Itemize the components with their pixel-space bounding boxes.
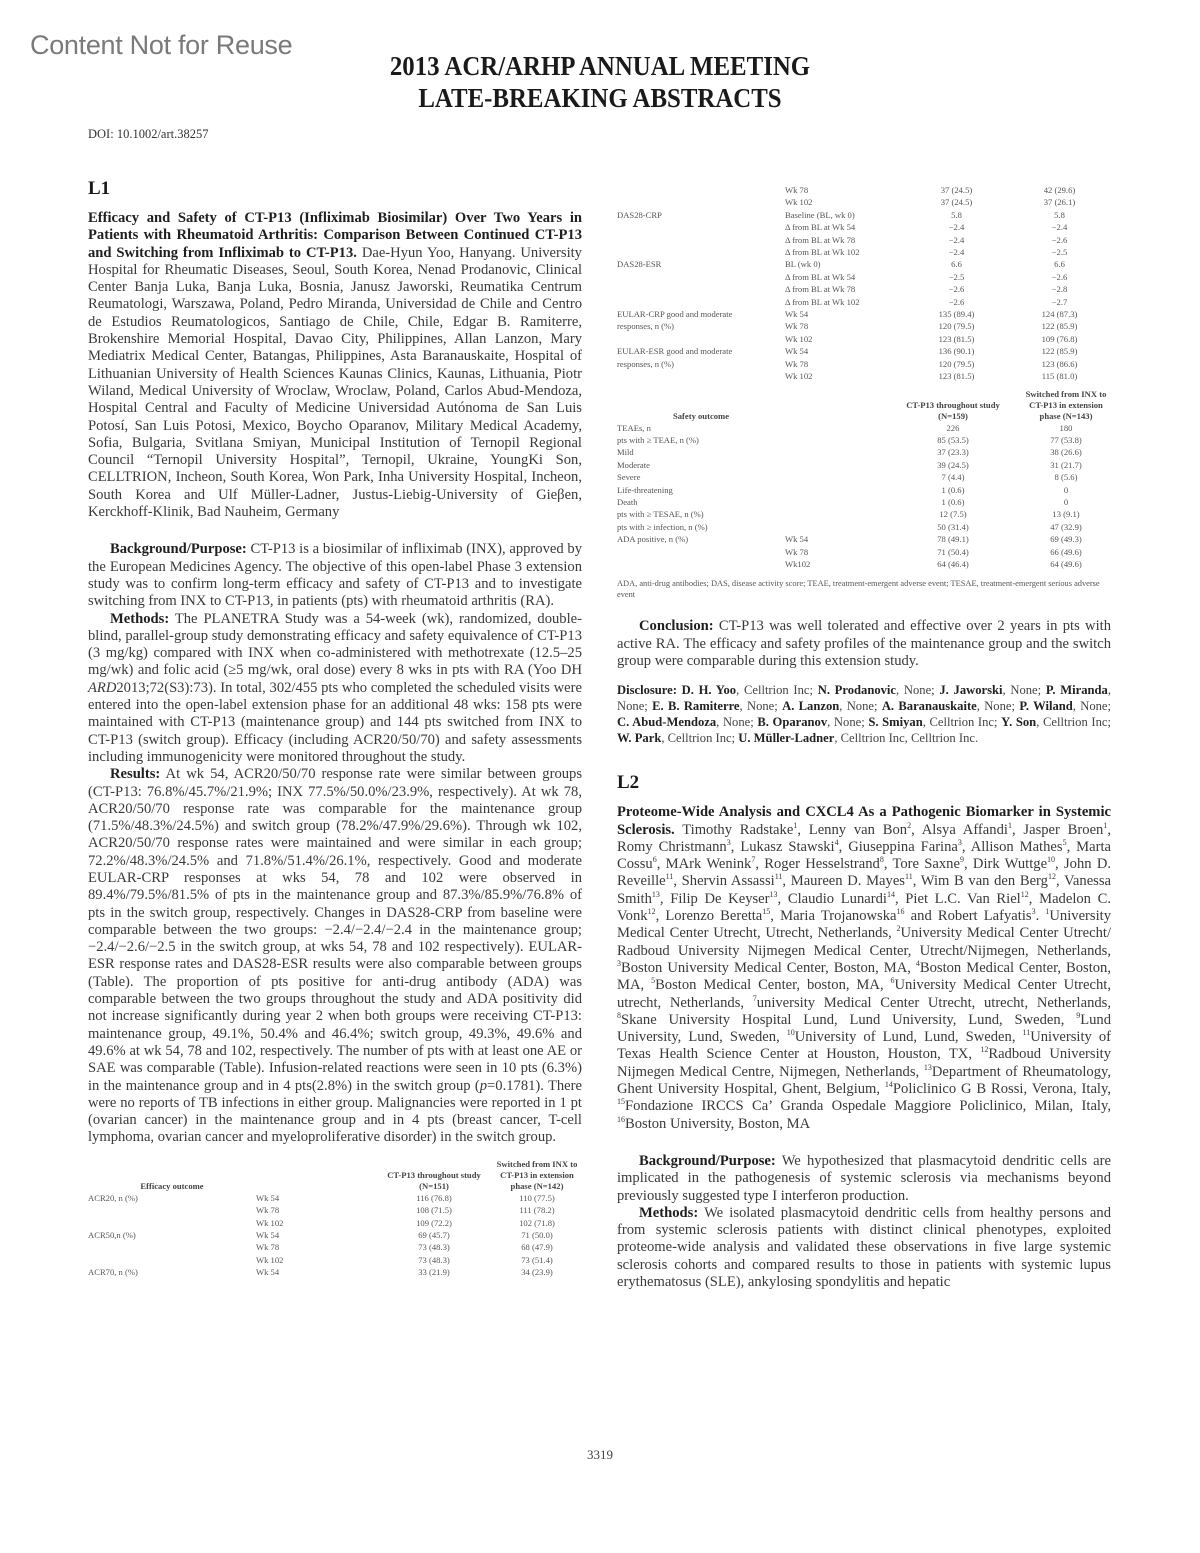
ctp13-cell: 7 (4.4) (885, 471, 1021, 483)
week-cell: Wk102 (785, 558, 885, 570)
author-name: Claudio Lunardi (788, 891, 887, 907)
author-name: Maureen D. Mayes (791, 873, 905, 889)
author-name: Filip De Keyser (670, 891, 769, 907)
table-row: Wk 102123 (81.5)109 (76.8) (617, 333, 1111, 345)
switched-cell: 0 (1021, 484, 1111, 496)
week-cell: Δ from BL at Wk 102 (785, 246, 905, 258)
l2-affiliations: 1University Medical Center Utrecht, Utre… (617, 908, 1111, 1132)
table-footnote: ADA, anti-drug antibodies; DAS, disease … (617, 578, 1111, 600)
author-name: Shervin Assassi (682, 873, 775, 889)
abstract-authors: Dae-Hyun Yoo, Hanyang. University Hospit… (88, 245, 582, 520)
ctp13-cell: 120 (79.5) (905, 358, 1008, 370)
week-cell: Baseline (BL, wk 0) (785, 209, 905, 221)
disclosure-paragraph: Disclosure: D. H. Yoo, Celltrion Inc; N.… (617, 682, 1111, 746)
ctp13-cell: 73 (48.3) (376, 1254, 492, 1266)
week-cell (785, 484, 885, 496)
masthead: 2013 ACR/ARHP ANNUAL MEETING LATE-BREAKI… (48, 50, 1152, 114)
efficacy-continued-body: Wk 7837 (24.5)42 (29.6)Wk 10237 (24.5)37… (617, 184, 1111, 383)
table-row: Moderate39 (24.5)31 (21.7) (617, 459, 1111, 471)
switched-cell: 38 (26.6) (1021, 446, 1111, 458)
author-affiliation-ref: 3 (1032, 907, 1036, 916)
switched-cell: 71 (50.0) (492, 1229, 582, 1241)
outcome-cell (88, 1254, 256, 1266)
disclosure-name: U. Müller-Ladner (738, 731, 834, 745)
author-name: Timothy Radstake (682, 822, 793, 838)
affiliation-text: University of Lund, Lund, Sweden (795, 1029, 1012, 1045)
right-column: Wk 7837 (24.5)42 (29.6)Wk 10237 (24.5)37… (617, 184, 1111, 1291)
disclosure-name: P. Miranda (1046, 683, 1108, 697)
ctp13-cell: 123 (81.5) (905, 333, 1008, 345)
journal-abbrev: ARD (88, 680, 116, 696)
week-cell: Δ from BL at Wk 78 (785, 283, 905, 295)
author-affiliation-ref: 12 (1021, 890, 1029, 899)
background-label: Background/Purpose: (110, 541, 247, 557)
masthead-line1: 2013 ACR/ARHP ANNUAL MEETING (48, 50, 1152, 82)
author-name: Giuseppina Farina (848, 839, 958, 855)
author-name: Robert Lafyatis (938, 908, 1032, 924)
conclusion-label: Conclusion: (639, 618, 714, 634)
author-affiliation-ref: 7 (751, 855, 755, 864)
ctp13-cell: 73 (48.3) (376, 1241, 492, 1253)
l2-background-label: Background/Purpose: (639, 1153, 776, 1169)
author-name: Roger Hesselstrand (764, 856, 880, 872)
author-name: Maria Trojanowska (780, 908, 896, 924)
disclosure-name: W. Park (617, 731, 661, 745)
week-cell: Wk 78 (785, 320, 905, 332)
author-name: Lenny van Bon (809, 822, 907, 838)
ctp13-cell: 116 (76.8) (376, 1192, 492, 1204)
safety-header-week (785, 389, 885, 422)
table-row: TEAEs, n226180 (617, 422, 1111, 434)
affiliation-number: 15 (617, 1097, 625, 1106)
switched-cell: 6.6 (1008, 258, 1111, 270)
outcome-cell: Severe (617, 471, 785, 483)
ctp13-cell: −2.4 (905, 234, 1008, 246)
week-cell: Δ from BL at Wk 54 (785, 271, 905, 283)
outcome-cell (617, 271, 785, 283)
author-affiliation-ref: 5 (1063, 838, 1067, 847)
week-cell (785, 508, 885, 520)
efficacy-header-week (256, 1159, 376, 1192)
switched-cell: 0 (1021, 496, 1111, 508)
week-cell: Wk 78 (785, 358, 905, 370)
affiliation-text: university Medical Center Utrecht, utrec… (757, 995, 1108, 1011)
table-row: pts with ≥ infection, n (%)50 (31.4)47 (… (617, 521, 1111, 533)
ctp13-cell: 64 (46.4) (885, 558, 1021, 570)
switched-cell: −2.6 (1008, 271, 1111, 283)
affiliation-number: 13 (924, 1063, 932, 1072)
outcome-cell (617, 333, 785, 345)
affiliation-number: 10 (787, 1028, 795, 1037)
p-value-symbol: p (480, 1078, 487, 1094)
author-affiliation-ref: 8 (880, 855, 884, 864)
outcome-cell: TEAEs, n (617, 422, 785, 434)
table-row: Δ from BL at Wk 102−2.4−2.5 (617, 246, 1111, 258)
table-row: Severe7 (4.4)8 (5.6) (617, 471, 1111, 483)
author-name: Wim B van den Berg (921, 873, 1048, 889)
ctp13-cell: 71 (50.4) (885, 546, 1021, 558)
l2-title-authors: Proteome-Wide Analysis and CXCL4 As a Pa… (617, 804, 1111, 1133)
author-affiliation-ref: 1 (1103, 821, 1107, 830)
switched-cell: 111 (78.2) (492, 1204, 582, 1216)
outcome-cell (617, 558, 785, 570)
table-row: pts with ≥ TESAE, n (%)12 (7.5)13 (9.1) (617, 508, 1111, 520)
week-cell: Δ from BL at Wk 78 (785, 234, 905, 246)
author-name: Lukasz Stawski (740, 839, 834, 855)
disclosure-name: D. H. Yoo (682, 683, 736, 697)
week-cell: Wk 78 (785, 546, 885, 558)
table-row: EULAR-CRP good and moderateWk 54135 (89.… (617, 308, 1111, 320)
table-row: ACR70, n (%)Wk 5433 (21.9)34 (23.9) (88, 1266, 582, 1278)
ctp13-cell: 135 (89.4) (905, 308, 1008, 320)
table-row: Δ from BL at Wk 54−2.5−2.6 (617, 271, 1111, 283)
week-cell: Wk 102 (785, 196, 905, 208)
l2-methods-label: Methods: (639, 1205, 698, 1221)
methods-text-cont: 2013;72(S3):73). In total, 302/455 pts w… (88, 680, 582, 765)
affiliation-text: Policlinico G B Rossi, Verona, Italy (893, 1081, 1107, 1097)
outcome-cell: responses, n (%) (617, 358, 785, 370)
outcome-cell: Life-threatening (617, 484, 785, 496)
efficacy-header-switched: Switched from INX to CT-P13 in extension… (492, 1159, 582, 1192)
author-name: Romy Christmann (617, 839, 727, 855)
table-row: Mild37 (23.3)38 (26.6) (617, 446, 1111, 458)
outcome-cell: Death (617, 496, 785, 508)
efficacy-table-continued: Wk 7837 (24.5)42 (29.6)Wk 10237 (24.5)37… (617, 184, 1111, 383)
ctp13-cell: 37 (23.3) (885, 446, 1021, 458)
outcome-cell: EULAR-ESR good and moderate (617, 345, 785, 357)
disclosure-label: Disclosure: (617, 683, 677, 697)
ctp13-cell: 12 (7.5) (885, 508, 1021, 520)
ctp13-cell: −2.4 (905, 221, 1008, 233)
outcome-cell (617, 296, 785, 308)
ctp13-cell: 136 (90.1) (905, 345, 1008, 357)
week-cell: Wk 78 (785, 184, 905, 196)
safety-table-body: TEAEs, n226180pts with ≥ TEAE, n (%)85 (… (617, 422, 1111, 571)
switched-cell: 64 (49.6) (1021, 558, 1111, 570)
switched-cell: 124 (87.3) (1008, 308, 1111, 320)
week-cell (785, 434, 885, 446)
ctp13-cell: 1 (0.6) (885, 496, 1021, 508)
table-row: Δ from BL at Wk 102−2.6−2.7 (617, 296, 1111, 308)
safety-header-switched: Switched from INX to CT-P13 in extension… (1021, 389, 1111, 422)
author-affiliation-ref: 4 (835, 838, 839, 847)
author-affiliation-ref: 15 (762, 907, 770, 916)
switched-cell: −2.4 (1008, 221, 1111, 233)
l2-methods-paragraph: Methods: We isolated plasmacytoid dendri… (617, 1205, 1111, 1291)
switched-cell: 73 (51.4) (492, 1254, 582, 1266)
week-cell: BL (wk 0) (785, 258, 905, 270)
outcome-cell: pts with ≥ TESAE, n (%) (617, 508, 785, 520)
ctp13-cell: 1 (0.6) (885, 484, 1021, 496)
week-cell (785, 496, 885, 508)
ctp13-cell: 123 (81.5) (905, 370, 1008, 382)
disclosure-name: C. Abud-Mendoza (617, 715, 716, 729)
week-cell: Wk 54 (256, 1192, 376, 1204)
l2-background-paragraph: Background/Purpose: We hypothesized that… (617, 1153, 1111, 1205)
outcome-cell (617, 196, 785, 208)
week-cell (785, 459, 885, 471)
left-column: L1 Efficacy and Safety of CT-P13 (Inflix… (88, 178, 582, 1279)
author-affiliation-ref: 11 (905, 873, 913, 882)
disclosure-name: E. B. Ramiterre (652, 699, 739, 713)
outcome-cell (617, 246, 785, 258)
author-affiliation-ref: 3 (958, 838, 962, 847)
disclosure-name: Y. Son (1001, 715, 1036, 729)
table-row: Wk 10237 (24.5)37 (26.1) (617, 196, 1111, 208)
results-paragraph: Results: At wk 54, ACR20/50/70 response … (88, 766, 582, 1147)
background-paragraph: Background/Purpose: CT-P13 is a biosimil… (88, 541, 582, 610)
table-row: responses, n (%)Wk 78120 (79.5)123 (86.6… (617, 358, 1111, 370)
affiliation-text: Boston University Medical Center, Boston… (621, 960, 907, 976)
week-cell: Δ from BL at Wk 102 (785, 296, 905, 308)
week-cell: Wk 54 (785, 533, 885, 545)
author-affiliation-ref: 14 (887, 890, 895, 899)
table-row: DAS28-CRPBaseline (BL, wk 0)5.85.8 (617, 209, 1111, 221)
switched-cell: 109 (76.8) (1008, 333, 1111, 345)
affiliation-text: Skane University Hospital Lund, Lund Uni… (621, 1012, 1061, 1028)
week-cell: Wk 54 (256, 1266, 376, 1278)
outcome-cell: DAS28-CRP (617, 209, 785, 221)
affiliation-number: 14 (885, 1080, 893, 1089)
efficacy-header-ctp13: CT-P13 throughout study (N=151) (376, 1159, 492, 1192)
abstract-id: L1 (88, 178, 582, 200)
outcome-cell (88, 1204, 256, 1216)
week-cell (785, 521, 885, 533)
outcome-cell (617, 283, 785, 295)
table-row: pts with ≥ TEAE, n (%)85 (53.5)77 (53.8) (617, 434, 1111, 446)
outcome-cell: DAS28-ESR (617, 258, 785, 270)
author-affiliation-ref: 11 (775, 873, 783, 882)
ctp13-cell: 69 (45.7) (376, 1229, 492, 1241)
outcome-cell (617, 234, 785, 246)
disclosure-name: A. Baranauskaite (882, 699, 977, 713)
doi: DOI: 10.1002/art.38257 (88, 127, 208, 142)
efficacy-table-body: ACR20, n (%)Wk 54116 (76.8)110 (77.5)Wk … (88, 1192, 582, 1279)
switched-cell: 69 (49.3) (1021, 533, 1111, 545)
author-affiliation-ref: 3 (727, 838, 731, 847)
week-cell (785, 471, 885, 483)
outcome-cell: pts with ≥ infection, n (%) (617, 521, 785, 533)
author-name: Piet L.C. Van Riel (905, 891, 1020, 907)
switched-cell: 122 (85.9) (1008, 320, 1111, 332)
table-row: Death1 (0.6)0 (617, 496, 1111, 508)
ctp13-cell: 120 (79.5) (905, 320, 1008, 332)
switched-cell: 102 (71.8) (492, 1217, 582, 1229)
week-cell: Wk 102 (256, 1217, 376, 1229)
affiliation-text: Boston University, Boston, MA (625, 1116, 810, 1132)
week-cell: Wk 54 (785, 308, 905, 320)
week-cell: Wk 102 (785, 333, 905, 345)
author-name: Tore Saxne (892, 856, 959, 872)
table-row: ADA positive, n (%)Wk 5478 (49.1)69 (49.… (617, 533, 1111, 545)
switched-cell: 13 (9.1) (1021, 508, 1111, 520)
switched-cell: −2.5 (1008, 246, 1111, 258)
outcome-cell (617, 221, 785, 233)
switched-cell: −2.6 (1008, 234, 1111, 246)
week-cell (785, 446, 885, 458)
outcome-cell (617, 370, 785, 382)
author-name: Lorenzo Beretta (665, 908, 762, 924)
safety-table: Safety outcome CT-P13 throughout study (… (617, 389, 1111, 571)
ctp13-cell: 37 (24.5) (905, 184, 1008, 196)
table-row: DAS28-ESRBL (wk 0)6.66.6 (617, 258, 1111, 270)
author-affiliation-ref: 1 (1008, 821, 1012, 830)
outcome-cell (617, 546, 785, 558)
author-affiliation-ref: 12 (1048, 873, 1056, 882)
ctp13-cell: 37 (24.5) (905, 196, 1008, 208)
table-row: Wk 10273 (48.3)73 (51.4) (88, 1254, 582, 1266)
ctp13-cell: −2.6 (905, 283, 1008, 295)
week-cell: Wk 102 (256, 1254, 376, 1266)
author-affiliation-ref: 12 (648, 907, 656, 916)
table-row: Wk 102123 (81.5)115 (81.0) (617, 370, 1111, 382)
author-affiliation-ref: 13 (770, 890, 778, 899)
table-row: Wk 7837 (24.5)42 (29.6) (617, 184, 1111, 196)
table-row: responses, n (%)Wk 78120 (79.5)122 (85.9… (617, 320, 1111, 332)
ctp13-cell: 39 (24.5) (885, 459, 1021, 471)
week-cell: Wk 78 (256, 1241, 376, 1253)
outcome-cell: ACR50,n (%) (88, 1229, 256, 1241)
switched-cell: 42 (29.6) (1008, 184, 1111, 196)
week-cell: Wk 54 (256, 1229, 376, 1241)
week-cell: Wk 102 (785, 370, 905, 382)
switched-cell: 123 (86.6) (1008, 358, 1111, 370)
author-name: Dirk Wuttge (973, 856, 1047, 872)
switched-cell: −2.8 (1008, 283, 1111, 295)
switched-cell: 5.8 (1008, 209, 1111, 221)
disclosure-name: N. Prodanovic (818, 683, 896, 697)
disclosure-name: P. Wiland (1019, 699, 1072, 713)
author-name: Jasper Broen (1023, 822, 1103, 838)
affiliation-text: Boston Medical Center, boston, MA (655, 977, 880, 993)
author-name: MArk Wenink (666, 856, 752, 872)
ctp13-cell: 33 (21.9) (376, 1266, 492, 1278)
disclosure-name: A. Lanzon (782, 699, 839, 713)
week-cell: Δ from BL at Wk 54 (785, 221, 905, 233)
author-affiliation-ref: 1 (793, 821, 797, 830)
efficacy-header-outcome: Efficacy outcome (88, 1159, 256, 1192)
ctp13-cell: 109 (72.2) (376, 1217, 492, 1229)
ctp13-cell: −2.4 (905, 246, 1008, 258)
ctp13-cell: 108 (71.5) (376, 1204, 492, 1216)
outcome-cell: ACR20, n (%) (88, 1192, 256, 1204)
outcome-cell: ACR70, n (%) (88, 1266, 256, 1278)
switched-cell: 34 (23.9) (492, 1266, 582, 1278)
outcome-cell: responses, n (%) (617, 320, 785, 332)
outcome-cell (88, 1241, 256, 1253)
week-cell: Wk 78 (256, 1204, 376, 1216)
ctp13-cell: 50 (31.4) (885, 521, 1021, 533)
affiliation-number: 16 (617, 1115, 625, 1124)
outcome-cell: Moderate (617, 459, 785, 471)
results-label: Results: (110, 766, 160, 782)
affiliation-text: Fondazione IRCCS Ca’ Granda Ospedale Mag… (625, 1098, 1107, 1114)
safety-header-outcome: Safety outcome (617, 389, 785, 422)
table-row: ACR50,n (%)Wk 5469 (45.7)71 (50.0) (88, 1229, 582, 1241)
author-affiliation-ref: 11 (666, 873, 674, 882)
switched-cell: −2.7 (1008, 296, 1111, 308)
disclosure-name: J. Jaworski (939, 683, 1002, 697)
ctp13-cell: −2.6 (905, 296, 1008, 308)
conclusion-paragraph: Conclusion: CT-P13 was well tolerated an… (617, 618, 1111, 670)
switched-cell: 37 (26.1) (1008, 196, 1111, 208)
ctp13-cell: 85 (53.5) (885, 434, 1021, 446)
table-row: Δ from BL at Wk 78−2.6−2.8 (617, 283, 1111, 295)
ctp13-cell: 78 (49.1) (885, 533, 1021, 545)
author-name: Alsya Affandi (922, 822, 1008, 838)
disclosure-name: B. Oparanov (757, 715, 827, 729)
table-row: Wk10264 (46.4)64 (49.6) (617, 558, 1111, 570)
switched-cell: 77 (53.8) (1021, 434, 1111, 446)
table-row: Life-threatening1 (0.6)0 (617, 484, 1111, 496)
page-number: 3319 (0, 1447, 1200, 1463)
switched-cell: 66 (49.6) (1021, 546, 1111, 558)
outcome-cell: EULAR-CRP good and moderate (617, 308, 785, 320)
outcome-cell (617, 184, 785, 196)
ctp13-cell: 226 (885, 422, 1021, 434)
table-row: EULAR-ESR good and moderateWk 54136 (90.… (617, 345, 1111, 357)
switched-cell: 8 (5.6) (1021, 471, 1111, 483)
author-affiliation-ref: 16 (897, 907, 905, 916)
switched-cell: 115 (81.0) (1008, 370, 1111, 382)
author-affiliation-ref: 10 (1047, 855, 1055, 864)
outcome-cell (88, 1217, 256, 1229)
outcome-cell: pts with ≥ TEAE, n (%) (617, 434, 785, 446)
author-affiliation-ref: 13 (652, 890, 660, 899)
outcome-cell: ADA positive, n (%) (617, 533, 785, 545)
masthead-line2: LATE-BREAKING ABSTRACTS (48, 82, 1152, 114)
table-row: Wk 102109 (72.2)102 (71.8) (88, 1217, 582, 1229)
table-row: Wk 7871 (50.4)66 (49.6) (617, 546, 1111, 558)
abstract-id-l2: L2 (617, 772, 1111, 794)
author-affiliation-ref: 9 (960, 855, 964, 864)
methods-label: Methods: (110, 611, 169, 627)
table-row: Wk 78108 (71.5)111 (78.2) (88, 1204, 582, 1216)
outcome-cell: Mild (617, 446, 785, 458)
ctp13-cell: 6.6 (905, 258, 1008, 270)
author-affiliation-ref: 2 (907, 821, 911, 830)
switched-cell: 110 (77.5) (492, 1192, 582, 1204)
week-cell: Wk 54 (785, 345, 905, 357)
author-name: Allison Mathes (971, 839, 1063, 855)
switched-cell: 122 (85.9) (1008, 345, 1111, 357)
switched-cell: 31 (21.7) (1021, 459, 1111, 471)
table-row: Δ from BL at Wk 78−2.4−2.6 (617, 234, 1111, 246)
author-affiliation-ref: 6 (653, 855, 657, 864)
week-cell (785, 422, 885, 434)
disclosure-list: D. H. Yoo, Celltrion Inc; N. Prodanovic,… (617, 683, 1111, 745)
l2-authors: Timothy Radstake1, Lenny van Bon2, Alsya… (617, 822, 1111, 924)
disclosure-name: S. Smiyan (868, 715, 922, 729)
table-row: ACR20, n (%)Wk 54116 (76.8)110 (77.5) (88, 1192, 582, 1204)
methods-paragraph: Methods: The PLANETRA Study was a 54-wee… (88, 611, 582, 767)
safety-header-ctp13: CT-P13 throughout study (N=159) (885, 389, 1021, 422)
ctp13-cell: 5.8 (905, 209, 1008, 221)
table-row: Δ from BL at Wk 54−2.4−2.4 (617, 221, 1111, 233)
table-row: Wk 7873 (48.3)68 (47.9) (88, 1241, 582, 1253)
results-text: At wk 54, ACR20/50/70 response rate were… (88, 766, 582, 1093)
switched-cell: 68 (47.9) (492, 1241, 582, 1253)
ctp13-cell: −2.5 (905, 271, 1008, 283)
switched-cell: 47 (32.9) (1021, 521, 1111, 533)
efficacy-table: Efficacy outcome CT-P13 throughout study… (88, 1159, 582, 1279)
switched-cell: 180 (1021, 422, 1111, 434)
abstract-title-authors: Efficacy and Safety of CT-P13 (Inflixima… (88, 210, 582, 521)
